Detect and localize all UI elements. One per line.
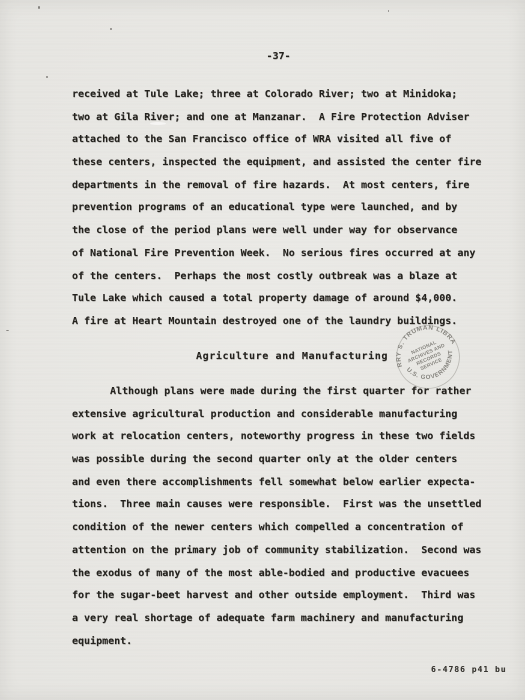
text-line: equipment. [72,631,484,654]
text-line: attention on the primary job of communit… [72,540,484,563]
text-line: departments in the removal of fire hazar… [72,175,484,198]
paragraph-fire-protection: received at Tule Lake; three at Colorado… [72,84,484,334]
text-line: Although plans were made during the firs… [72,381,484,404]
paper-speck [110,28,112,30]
text-line: of National Fire Prevention Week. No ser… [72,243,484,266]
text-line: for the sugar-beet harvest and other out… [72,585,484,608]
text-line: tions. Three main causes were responsibl… [72,494,484,517]
archival-reference-code: 6-4786 p41 bu [431,665,507,674]
text-line: a very real shortage of adequate farm ma… [72,608,484,631]
text-line: the exodus of many of the most able-bodi… [72,563,484,586]
text-line: condition of the newer centers which com… [72,517,484,540]
text-line: of the centers. Perhaps the most costly … [72,266,484,289]
text-line: was possible during the second quarter o… [72,449,484,472]
text-line: received at Tule Lake; three at Colorado… [72,84,484,107]
paper-speck [38,6,40,9]
page-number: -37- [0,51,525,62]
paper-smudge [150,122,166,125]
text-line: extensive agricultural production and co… [72,404,484,427]
paper-speck [388,10,389,12]
text-line: prevention programs of an educational ty… [72,197,484,220]
text-line: and even there accomplishments fell some… [72,472,484,495]
text-line: two at Gila River; and one at Manzanar. … [72,107,484,130]
text-line: work at relocation centers, noteworthy p… [72,426,484,449]
text-line: attached to the San Francisco office of … [72,129,484,152]
paper-speck [46,76,48,78]
text-line: these centers, inspected the equipment, … [72,152,484,175]
paragraph-agriculture-manufacturing: Although plans were made during the firs… [72,381,484,653]
paper-speck [6,330,9,331]
scanned-document-page: -37- received at Tule Lake; three at Col… [0,0,525,700]
text-line: the close of the period plans were well … [72,220,484,243]
text-line: Tule Lake which caused a total property … [72,288,484,311]
